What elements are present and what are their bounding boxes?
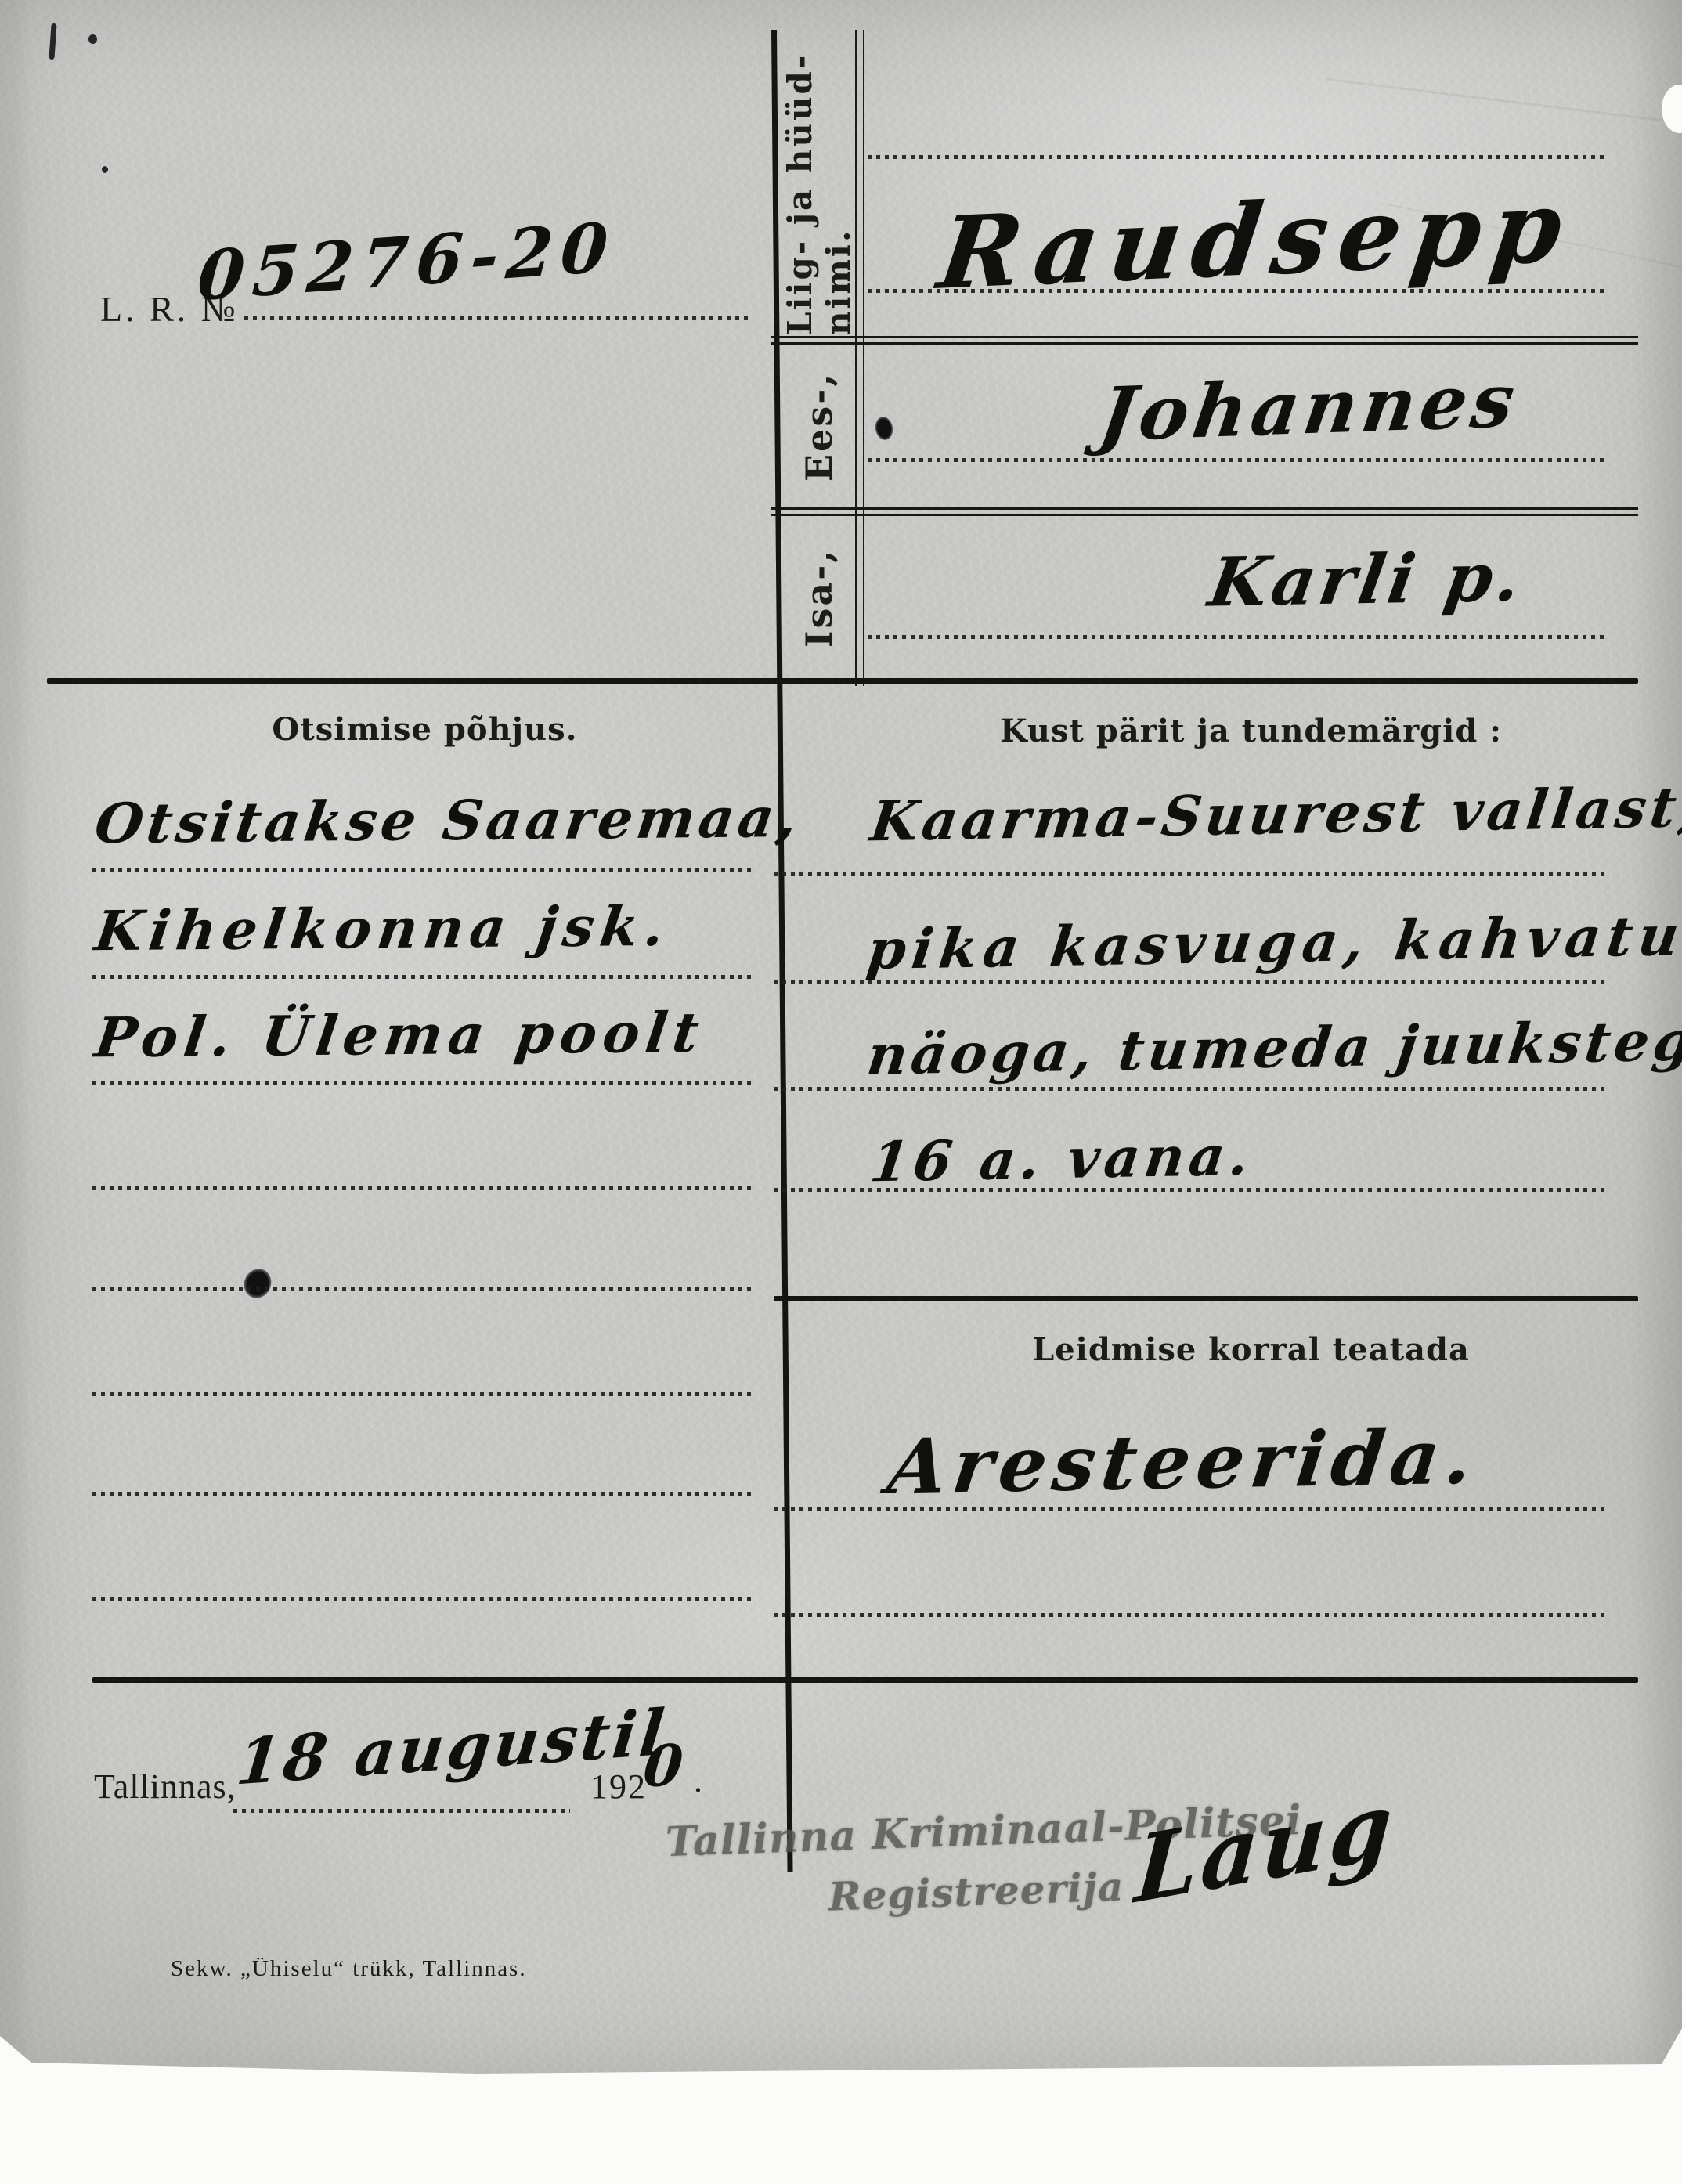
ruled-line (774, 1087, 1604, 1091)
reason-line-3: Pol. Ülema poolt (92, 1000, 709, 1070)
registrar-signature: Laug (1132, 1771, 1399, 1925)
ink-mark (49, 23, 56, 60)
fathername-handwritten: Karli p. (1204, 537, 1530, 622)
origin-line-2: pika kasvuga, kahvatu (864, 903, 1682, 982)
ruled-line (92, 1186, 752, 1190)
stamp-line-2: Registreerija (828, 1863, 1124, 1919)
row-separator (771, 507, 1638, 516)
date-dotted-line (233, 1809, 570, 1813)
reg-dotted-line (244, 316, 753, 320)
year-prefix: 192 (590, 1767, 647, 1807)
origin-heading: Kust pärit ja tundemärgid : (865, 713, 1637, 749)
place-label: Tallinnas, (94, 1767, 236, 1807)
printer-imprint: Sekw. „Ühiselu“ trükk, Tallinnas. (171, 1956, 527, 1982)
ink-blot (240, 1265, 276, 1303)
row-label-surname: Liig- ja hüüd-nimi. (785, 41, 854, 335)
row-label-firstname: Ees-, (785, 348, 854, 505)
ink-dot (88, 34, 97, 44)
ruled-line (92, 1081, 752, 1085)
year-digit-handwritten: 0 (641, 1731, 686, 1800)
ruled-line (92, 975, 752, 979)
ruled-line (774, 980, 1604, 984)
paper-crease (1325, 78, 1682, 125)
ruled-line (774, 872, 1604, 876)
ruled-line (92, 868, 752, 872)
notify-separator (774, 1296, 1638, 1301)
reason-heading: Otsimise põhjus. (70, 711, 779, 748)
ruled-line (868, 635, 1604, 639)
ink-blot (874, 415, 895, 441)
section-separator (47, 678, 1638, 684)
reason-line-2: Kihelkonna jsk. (92, 893, 675, 964)
ink-dot (102, 166, 108, 173)
reg-number-handwritten: 05276-20 (195, 208, 618, 316)
ruled-line (868, 458, 1604, 462)
ruled-line (92, 1597, 752, 1601)
notify-heading: Leidmise korral teatada (865, 1331, 1637, 1368)
origin-line-3: näoga, tumeda juukstega (864, 1007, 1682, 1088)
row-label-father: Isa-, (785, 518, 854, 677)
firstname-handwritten: Johannes (1094, 357, 1524, 458)
ruled-line (92, 1492, 752, 1496)
row-separator (771, 336, 1638, 345)
date-period: . (694, 1760, 702, 1800)
ruled-line (868, 155, 1604, 159)
bottom-border-line (92, 1677, 1638, 1683)
ruled-line (92, 1287, 752, 1291)
reason-line-1: Otsitakse Saaremaa, (92, 785, 806, 856)
paper-notch (1662, 85, 1682, 133)
ruled-line (92, 1392, 752, 1396)
origin-line-1: Kaarma-Suurest vallast, (867, 774, 1682, 854)
ruled-line (774, 1188, 1604, 1192)
origin-line-4: 16 a. vana. (867, 1123, 1258, 1195)
ruled-line (774, 1507, 1604, 1511)
wanted-record-card: L. R. № 05276-20 Liig- ja hüüd-nimi. Ees… (0, 0, 1682, 2077)
ruled-line (774, 1613, 1604, 1617)
notify-handwritten: Aresteerida. (883, 1412, 1483, 1511)
